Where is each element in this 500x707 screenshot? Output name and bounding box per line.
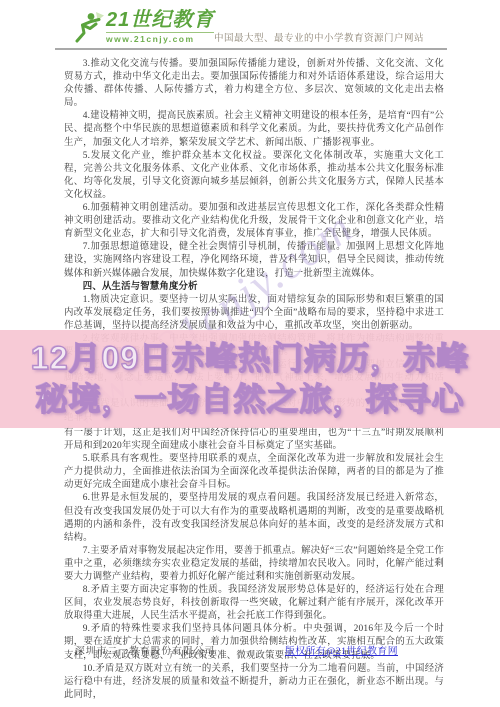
brand-block: 21世纪教育 www.21cnjy.com [106, 9, 214, 44]
document-page: 21世纪教育 www.21cnjy.com 中国最大型、最专业的中小学教育资源门… [0, 0, 500, 707]
copyright-link[interactable]: 版权所有@21世纪教育网 [285, 643, 398, 657]
paragraph: 7.加强思想道德建设，健全社会舆情引导机制，传播正能量。加强网上思想文化阵地建设… [64, 241, 444, 280]
brand-tagline: 中国最大型、最专业的中小学教育资源门户网站 [214, 30, 424, 44]
header-divider [55, 48, 447, 50]
paragraph: 有一屡于计划，这正是我们对中国经济保持信心的重要理由，也为“十三五”时期发展顺利… [64, 427, 444, 453]
paragraph: 3.推动文化交流与传播。要加强国际传播能力建设，创新对外传播、文化交流、文化贸易… [64, 58, 444, 110]
page-header: 21世纪教育 www.21cnjy.com 中国最大型、最专业的中小学教育资源门… [62, 8, 444, 46]
paragraph: 5.联系具有客观性。要坚持用联系的观点，全面深化改革为进一步解放和发展社会生产力… [64, 453, 444, 492]
paragraph: 10.矛盾是双方既对立有统一的关系，我们要坚持一分为二地看问题。当前，中国经济运… [64, 663, 444, 702]
section-heading: 四、从生活与智慧角度分析 [64, 281, 444, 294]
paragraph: 6.加强精神文明创建活动。要加强和改进基层宣传思想文化工作，深化各类群众性精神文… [64, 202, 444, 241]
paragraph: 6.世界是永恒发展的，要坚持用发展的观点看问题。我国经济发展已经进入新常态，但没… [64, 492, 444, 544]
overlay-banner-region: 2.按客观规律办事。中央突出强调加强供给侧结构管理，将其作为推动结构调整的重要手… [64, 333, 444, 427]
paragraph: 1.物质决定意识。要坚持一切从实际出发，面对错综复杂的国际形势和艰巨繁重的国内改… [64, 294, 444, 333]
paragraph: 5.发展文化产业，维护群众基本文化权益。要深化文化体制改革，实施重大文化工程，完… [64, 150, 444, 202]
brand-name: 21世纪教育 [106, 9, 214, 31]
brand-url: www.21cnjy.com [106, 32, 214, 44]
company-name: 深圳市二一教育股份有限公司 [75, 643, 215, 657]
paragraph: 4.建设精神文明，提高民族素质。社会主义精神文明建设的根本任务，是培育“四有”公… [64, 110, 444, 149]
banner-title-line2: 秘境，一场自然之旅，探寻心 [35, 379, 464, 420]
runner-logo-icon [70, 10, 106, 49]
paragraph: 7.主要矛盾对事物发展起决定作用，要善于抓重点。解决好“三农”问题始终是全党工作… [64, 545, 444, 584]
document-body: 3.推动文化交流与传播。要加强国际传播能力建设，创新对外传播、文化交流、文化贸易… [64, 58, 444, 702]
promo-banner: 12月09日赤峰热门病历，赤峰 秘境，一场自然之旅，探寻心 [0, 330, 500, 428]
banner-title-line1: 12月09日赤峰热门病历，赤峰 [31, 338, 469, 379]
paragraph: 8.矛盾主要方面决定事物的性质。我国经济发展形势总体是好的，经济运行处在合理区间… [64, 584, 444, 623]
